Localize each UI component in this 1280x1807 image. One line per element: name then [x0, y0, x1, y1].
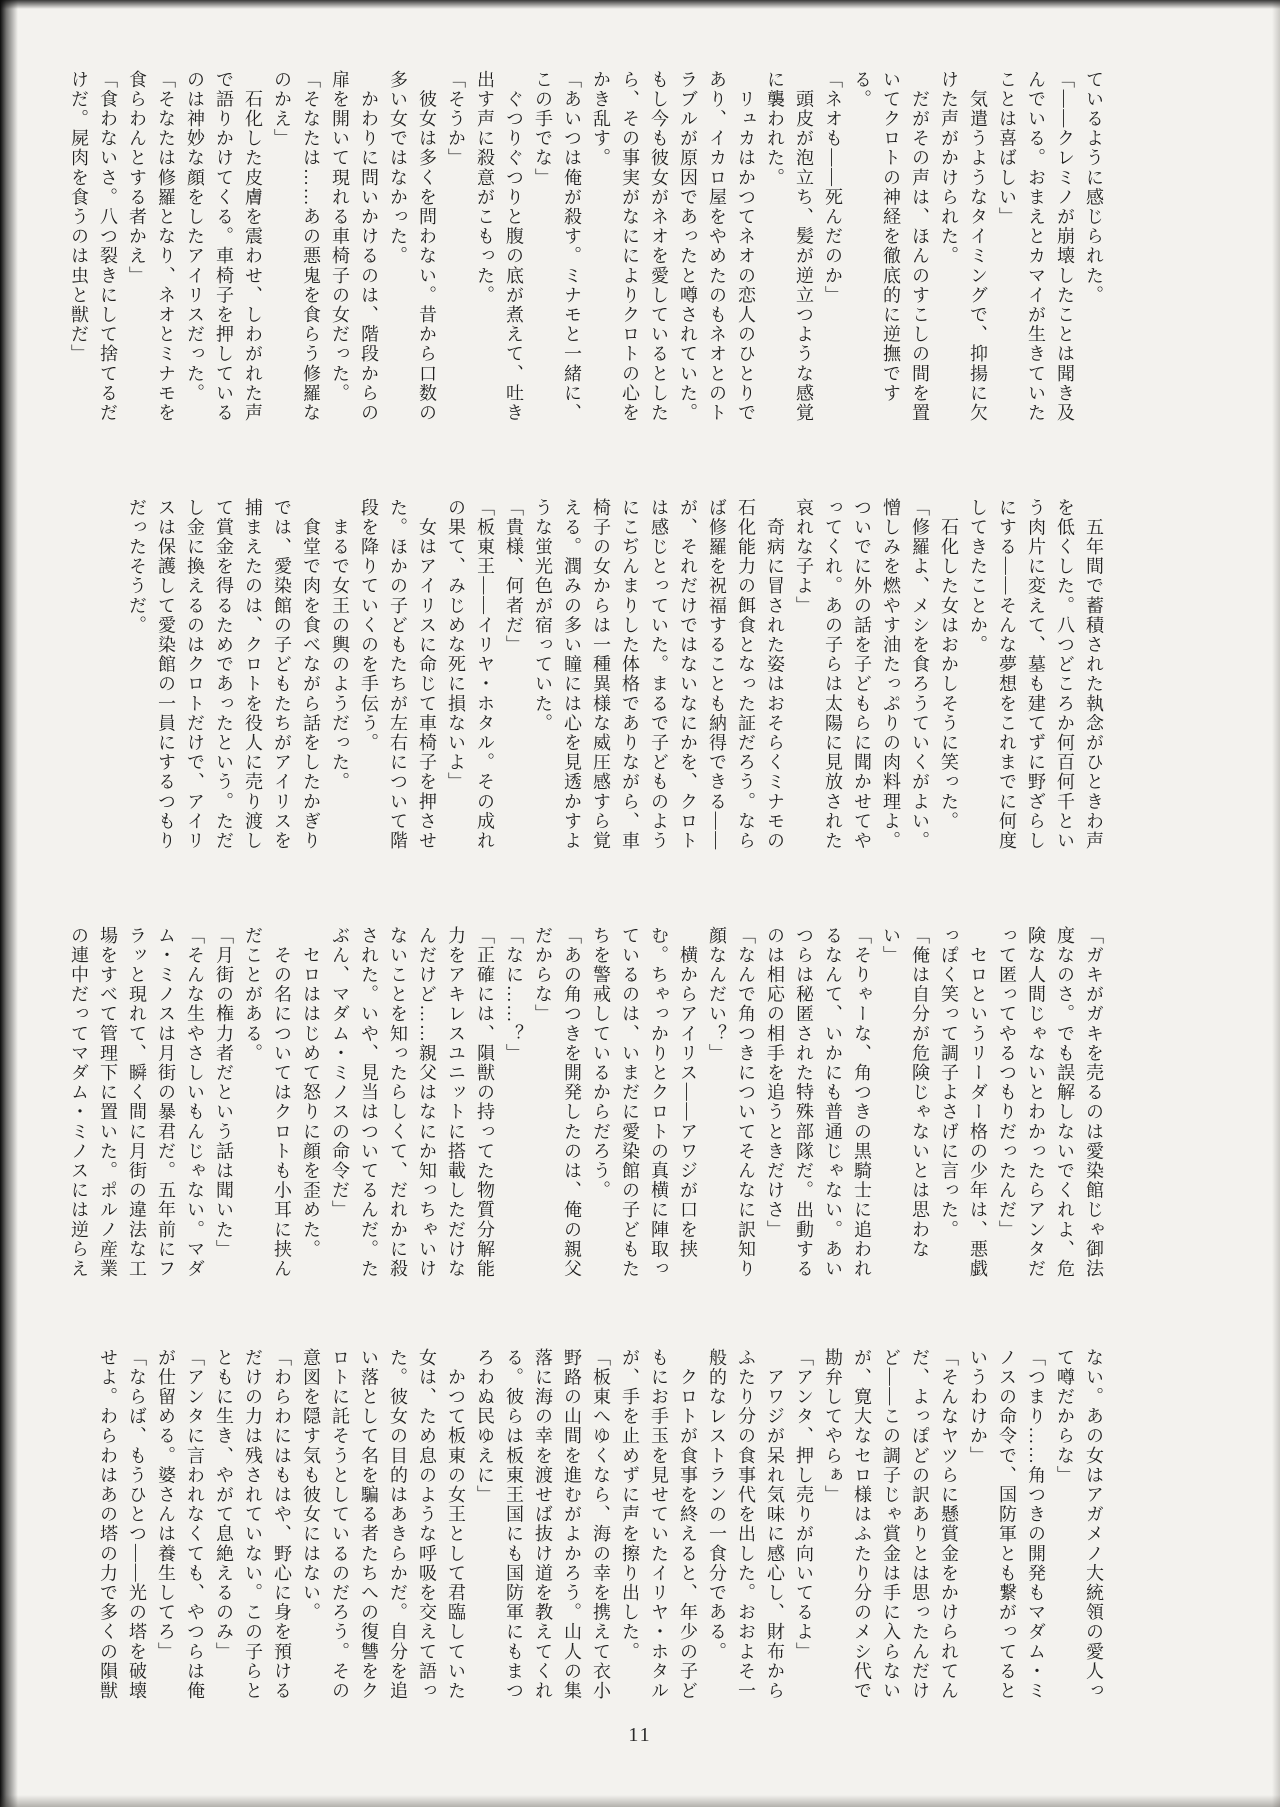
vertical-text-block-1: ているように感じられた。 「――クレミノが崩壊したことは聞き及んでいる。おまえと… — [68, 70, 1108, 426]
page-edge-shadow-right — [1272, 0, 1280, 1807]
vertical-text-block-2: 五年間で蓄積された執念がひときわ声を低くした。八つどころか何百何千という肉片に変… — [68, 498, 1108, 854]
page-number: 11 — [0, 1724, 1280, 1747]
scanned-book-page: ているように感じられた。 「――クレミノが崩壊したことは聞き及んでいる。おまえと… — [0, 0, 1280, 1807]
page-edge-shadow-bottom — [0, 1795, 1280, 1807]
page-edge-shadow-left — [0, 0, 18, 1807]
vertical-text-block-3: 「ガキがガキを売るのは愛染館じゃ御法度なのさ。でも誤解しないでくれよ、危険な人間… — [68, 926, 1108, 1282]
page-edge-shadow-top — [0, 0, 1280, 9]
vertical-text-block-4: ない。あの女はアガメノ大統領の愛人って噂だからな」 「つまり……角つきの開発もマ… — [68, 1348, 1108, 1704]
